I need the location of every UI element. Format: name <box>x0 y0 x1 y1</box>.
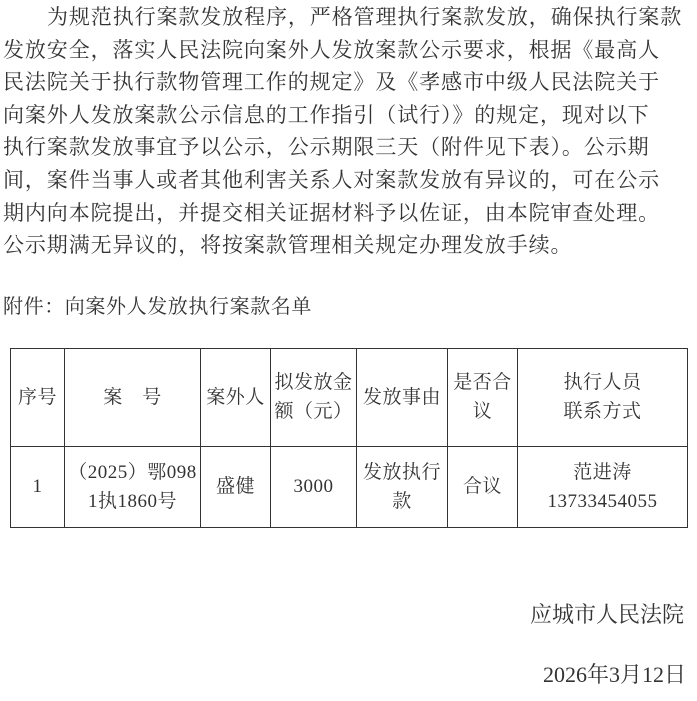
paragraph-line: 执行案款发放事宜予以公示，公示期限三天（附件见下表）。公示期 <box>3 131 688 164</box>
cell-line: 1执1860号 <box>67 487 198 516</box>
cell-reason: 发放执行 款 <box>357 446 448 527</box>
header-line: 议 <box>450 397 515 426</box>
cell-outsider: 盛健 <box>201 446 271 527</box>
header-cell-outsider: 案外人 <box>201 348 271 446</box>
header-line: 拟发放金 <box>273 368 354 397</box>
cell-line: 合议 <box>450 472 515 501</box>
cell-index: 1 <box>11 446 65 527</box>
paragraph-line: 间，案件当事人或者其他利害关系人对案款发放有异议的，可在公示 <box>3 164 688 197</box>
cell-line: （2025）鄂098 <box>67 458 198 487</box>
cell-line: 发放执行 <box>359 458 445 487</box>
paragraph-line: 期内向本院提出，并提交相关证据材料予以佐证，由本院审查处理。 <box>3 197 688 230</box>
page-root: 为规范执行案款发放程序，严格管理执行案款发放，确保执行案款 发放安全，落实人民法… <box>0 0 697 701</box>
table-row: 1 （2025）鄂098 1执1860号 盛健 3000 发放执行 款 合议 <box>11 446 688 527</box>
header-cell-case-number: 案 号 <box>65 348 201 446</box>
paragraph-line: 公示期满无异议的，将按案款管理相关规定办理发放手续。 <box>3 229 688 262</box>
paragraph-line: 向案外人发放案款公示信息的工作指引（试行）》的规定，现对以下 <box>3 99 688 132</box>
cell-line: 3000 <box>273 472 354 501</box>
header-cell-collegial: 是否合 议 <box>448 348 518 446</box>
header-line: 发放事由 <box>359 383 445 412</box>
cell-line: 13733454055 <box>520 487 685 516</box>
cell-collegial: 合议 <box>448 446 518 527</box>
cell-line: 范进涛 <box>520 458 685 487</box>
table-header-row: 序号 案 号 案外人 拟发放金 额（元） 发放事由 是否合 议 <box>11 348 688 446</box>
header-line: 序号 <box>13 383 62 412</box>
header-cell-reason: 发放事由 <box>357 348 448 446</box>
case-table: 序号 案 号 案外人 拟发放金 额（元） 发放事由 是否合 议 <box>10 348 688 528</box>
cell-contact: 范进涛 13733454055 <box>518 446 688 527</box>
cell-line: 盛健 <box>203 472 268 501</box>
cell-line: 款 <box>359 487 445 516</box>
header-line: 案外人 <box>203 383 268 412</box>
header-cell-contact: 执行人员 联系方式 <box>518 348 688 446</box>
paragraph-line: 为规范执行案款发放程序，严格管理执行案款发放，确保执行案款 <box>3 1 688 34</box>
header-cell-amount: 拟发放金 额（元） <box>271 348 357 446</box>
header-line: 执行人员 <box>520 368 685 397</box>
cell-amount: 3000 <box>271 446 357 527</box>
cell-line: 1 <box>13 472 62 501</box>
paragraph-line: 民法院关于执行款物管理工作的规定》及《孝感市中级人民法院关于 <box>3 66 688 99</box>
court-name: 应城市人民法院 <box>3 600 688 630</box>
header-line: 联系方式 <box>520 397 685 426</box>
publish-date: 2026年3月12日 <box>3 660 688 690</box>
header-line: 是否合 <box>450 368 515 397</box>
attachment-title: 附件：向案外人发放执行案款名单 <box>3 291 688 324</box>
header-line: 案 号 <box>67 383 198 412</box>
announcement-paragraph: 为规范执行案款发放程序，严格管理执行案款发放，确保执行案款 发放安全，落实人民法… <box>3 1 688 262</box>
paragraph-line: 发放安全，落实人民法院向案外人发放案款公示要求，根据《最高人 <box>3 34 688 67</box>
header-cell-index: 序号 <box>11 348 65 446</box>
header-line: 额（元） <box>273 397 354 426</box>
cell-case-number: （2025）鄂098 1执1860号 <box>65 446 201 527</box>
